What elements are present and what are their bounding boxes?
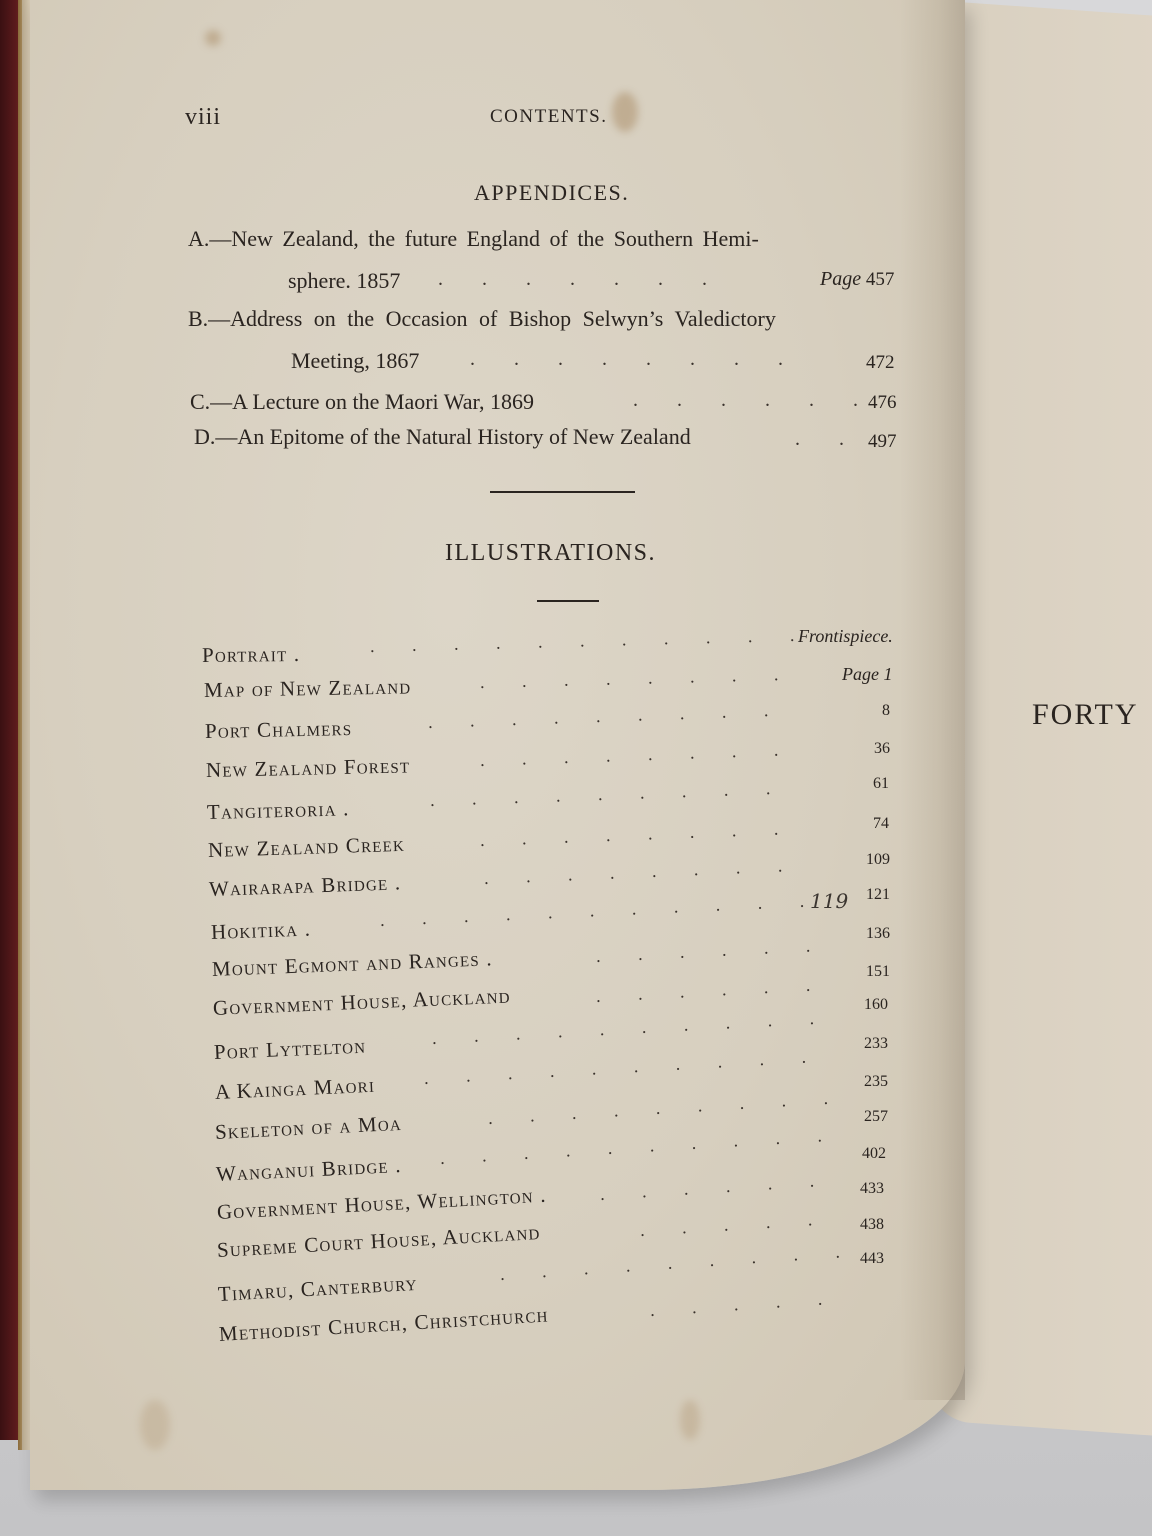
illustration-item: Map of New Zealand bbox=[204, 674, 412, 703]
illustration-page: 433 bbox=[860, 1180, 884, 1198]
illustration-page: Page 1 bbox=[842, 664, 892, 685]
page-label: Page bbox=[820, 268, 861, 290]
appendix-d-page: 497 bbox=[868, 431, 897, 453]
illustration-item: Port Chalmers bbox=[205, 716, 353, 744]
illustration-page: 257 bbox=[864, 1108, 888, 1126]
foxing-stain bbox=[205, 30, 221, 46]
foxing-stain bbox=[680, 1400, 700, 1440]
illustration-page: 233 bbox=[864, 1035, 888, 1053]
illustration-item: Tangiteroria . bbox=[207, 796, 350, 825]
appendix-b-line2: Meeting, 1867 bbox=[291, 348, 419, 374]
appendices-heading: APPENDICES. bbox=[474, 180, 629, 206]
leader-dots: . . bbox=[795, 428, 844, 451]
illustration-page: 438 bbox=[860, 1216, 884, 1234]
illustration-item: New Zealand Forest bbox=[206, 753, 411, 783]
illustration-page: 235 bbox=[864, 1073, 888, 1091]
leader-dots: . . . . . . . bbox=[438, 268, 707, 291]
illustration-item: Hokitika . bbox=[211, 917, 312, 945]
section-divider bbox=[490, 491, 635, 493]
handwritten-annotation: 119 bbox=[810, 889, 848, 913]
right-page-title: FORTY bbox=[1032, 698, 1139, 732]
illustration-page: 74 bbox=[873, 815, 889, 833]
illustration-page: 61 bbox=[873, 775, 889, 793]
appendix-c-line1: C.—A Lecture on the Maori War, 1869 bbox=[190, 389, 534, 415]
heading-rule bbox=[537, 600, 599, 602]
illustration-page: 160 bbox=[864, 996, 888, 1014]
page-value: 457 bbox=[866, 269, 895, 290]
illustration-page: 8 bbox=[882, 702, 890, 720]
leader-dots: . . . . . . bbox=[633, 389, 858, 412]
illustration-page: 121 bbox=[866, 886, 890, 904]
illustration-page: 36 bbox=[874, 740, 890, 758]
appendix-a-line1: A.—New Zealand, the future England of th… bbox=[188, 226, 759, 252]
illustration-page: Frontispiece. bbox=[798, 626, 893, 647]
appendix-c-page: 476 bbox=[868, 392, 897, 414]
appendix-d-line1: D.—An Epitome of the Natural History of … bbox=[194, 424, 691, 450]
illustrations-heading: ILLUSTRATIONS. bbox=[445, 540, 656, 567]
left-page bbox=[30, 0, 965, 1490]
appendix-b-line1: B.—Address on the Occasion of Bishop Sel… bbox=[188, 306, 776, 332]
running-head: CONTENTS. bbox=[490, 106, 607, 128]
appendix-a-page: Page 457 bbox=[820, 268, 894, 291]
illustration-page: 136 bbox=[866, 925, 890, 943]
illustration-item: Portrait . bbox=[202, 642, 301, 668]
illustration-page: 109 bbox=[866, 851, 890, 869]
appendix-b-page: 472 bbox=[866, 352, 895, 374]
foxing-stain bbox=[140, 1400, 170, 1450]
appendix-a-line2: sphere. 1857 bbox=[288, 268, 400, 294]
foxing-stain bbox=[612, 92, 638, 132]
illustration-page: 151 bbox=[866, 963, 890, 981]
leader-dots: . . . . . . . . bbox=[470, 348, 783, 371]
illustration-page: 443 bbox=[860, 1250, 884, 1268]
page-number: viii bbox=[185, 104, 221, 131]
illustration-page: 402 bbox=[862, 1145, 886, 1163]
